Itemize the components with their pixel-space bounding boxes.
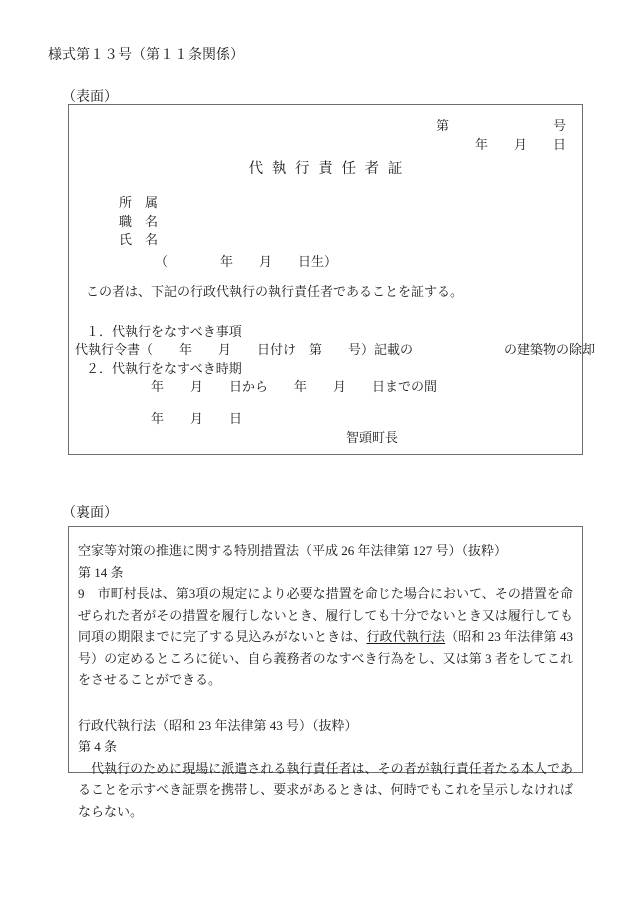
law1-title: 空家等対策の推進に関する特別措置法（平成 26 年法律第 127 号）（抜粋）: [78, 540, 573, 562]
paragraph-spacer: [78, 691, 573, 715]
back-side-label: （裏面）: [62, 502, 118, 522]
item2-heading: ２．代執行をなすべき時期: [86, 358, 242, 377]
doc-number-line: 第 号: [436, 116, 566, 135]
item1-body: 代執行令書（ 年 月 日付け 第 号）記載の の建築物の除却: [75, 339, 595, 358]
law1-article: 第 14 条: [78, 562, 573, 584]
law2-title: 行政代執行法（昭和 23 年法律第 43 号）（抜粋）: [78, 715, 573, 737]
certificate-title: 代執行責任者証: [69, 157, 582, 178]
certify-sentence: この者は、下記の行政代執行の執行責任者であることを証する。: [86, 281, 463, 300]
issuer-name: 智頭町長: [346, 427, 398, 446]
name-label: 氏 名: [119, 231, 158, 250]
issue-date-line: 年 月 日: [151, 408, 242, 427]
position-label: 職 名: [119, 213, 158, 232]
affiliation-label: 所 属: [119, 194, 158, 213]
birth-date-line: （ 年 月 日生）: [155, 251, 337, 270]
document-page: 様式第１３号（第１１条関係） （表面） 第 号 年 月 日 代執行責任者証 所 …: [0, 0, 630, 903]
law2-article: 第 4 条: [78, 736, 573, 758]
law-reference-link[interactable]: 行政代執行法: [366, 629, 445, 644]
certificate-front-box: 第 号 年 月 日 代執行責任者証 所 属 職 名 氏 名 （ 年 月 日生） …: [68, 104, 583, 455]
item2-body: 年 月 日から 年 月 日までの間: [151, 376, 437, 395]
law1-paragraph: 9 市町村長は、第3項の規定により必要な措置を命じた場合において、その措置を命ぜ…: [78, 583, 573, 691]
front-side-label: （表面）: [62, 86, 118, 106]
form-number: 様式第１３号（第１１条関係）: [48, 44, 244, 64]
holder-info-block: 所 属 職 名 氏 名: [119, 194, 158, 250]
law2-paragraph: 代執行のために現場に派遣される執行責任者は、その者が執行責任者たる本人であること…: [78, 758, 573, 823]
doc-number-block: 第 号 年 月 日: [436, 116, 566, 154]
item1-heading: １．代執行をなすべき事項: [86, 321, 242, 340]
certificate-back-box: 空家等対策の推進に関する特別措置法（平成 26 年法律第 127 号）（抜粋） …: [68, 526, 583, 773]
doc-date-line: 年 月 日: [436, 135, 566, 154]
